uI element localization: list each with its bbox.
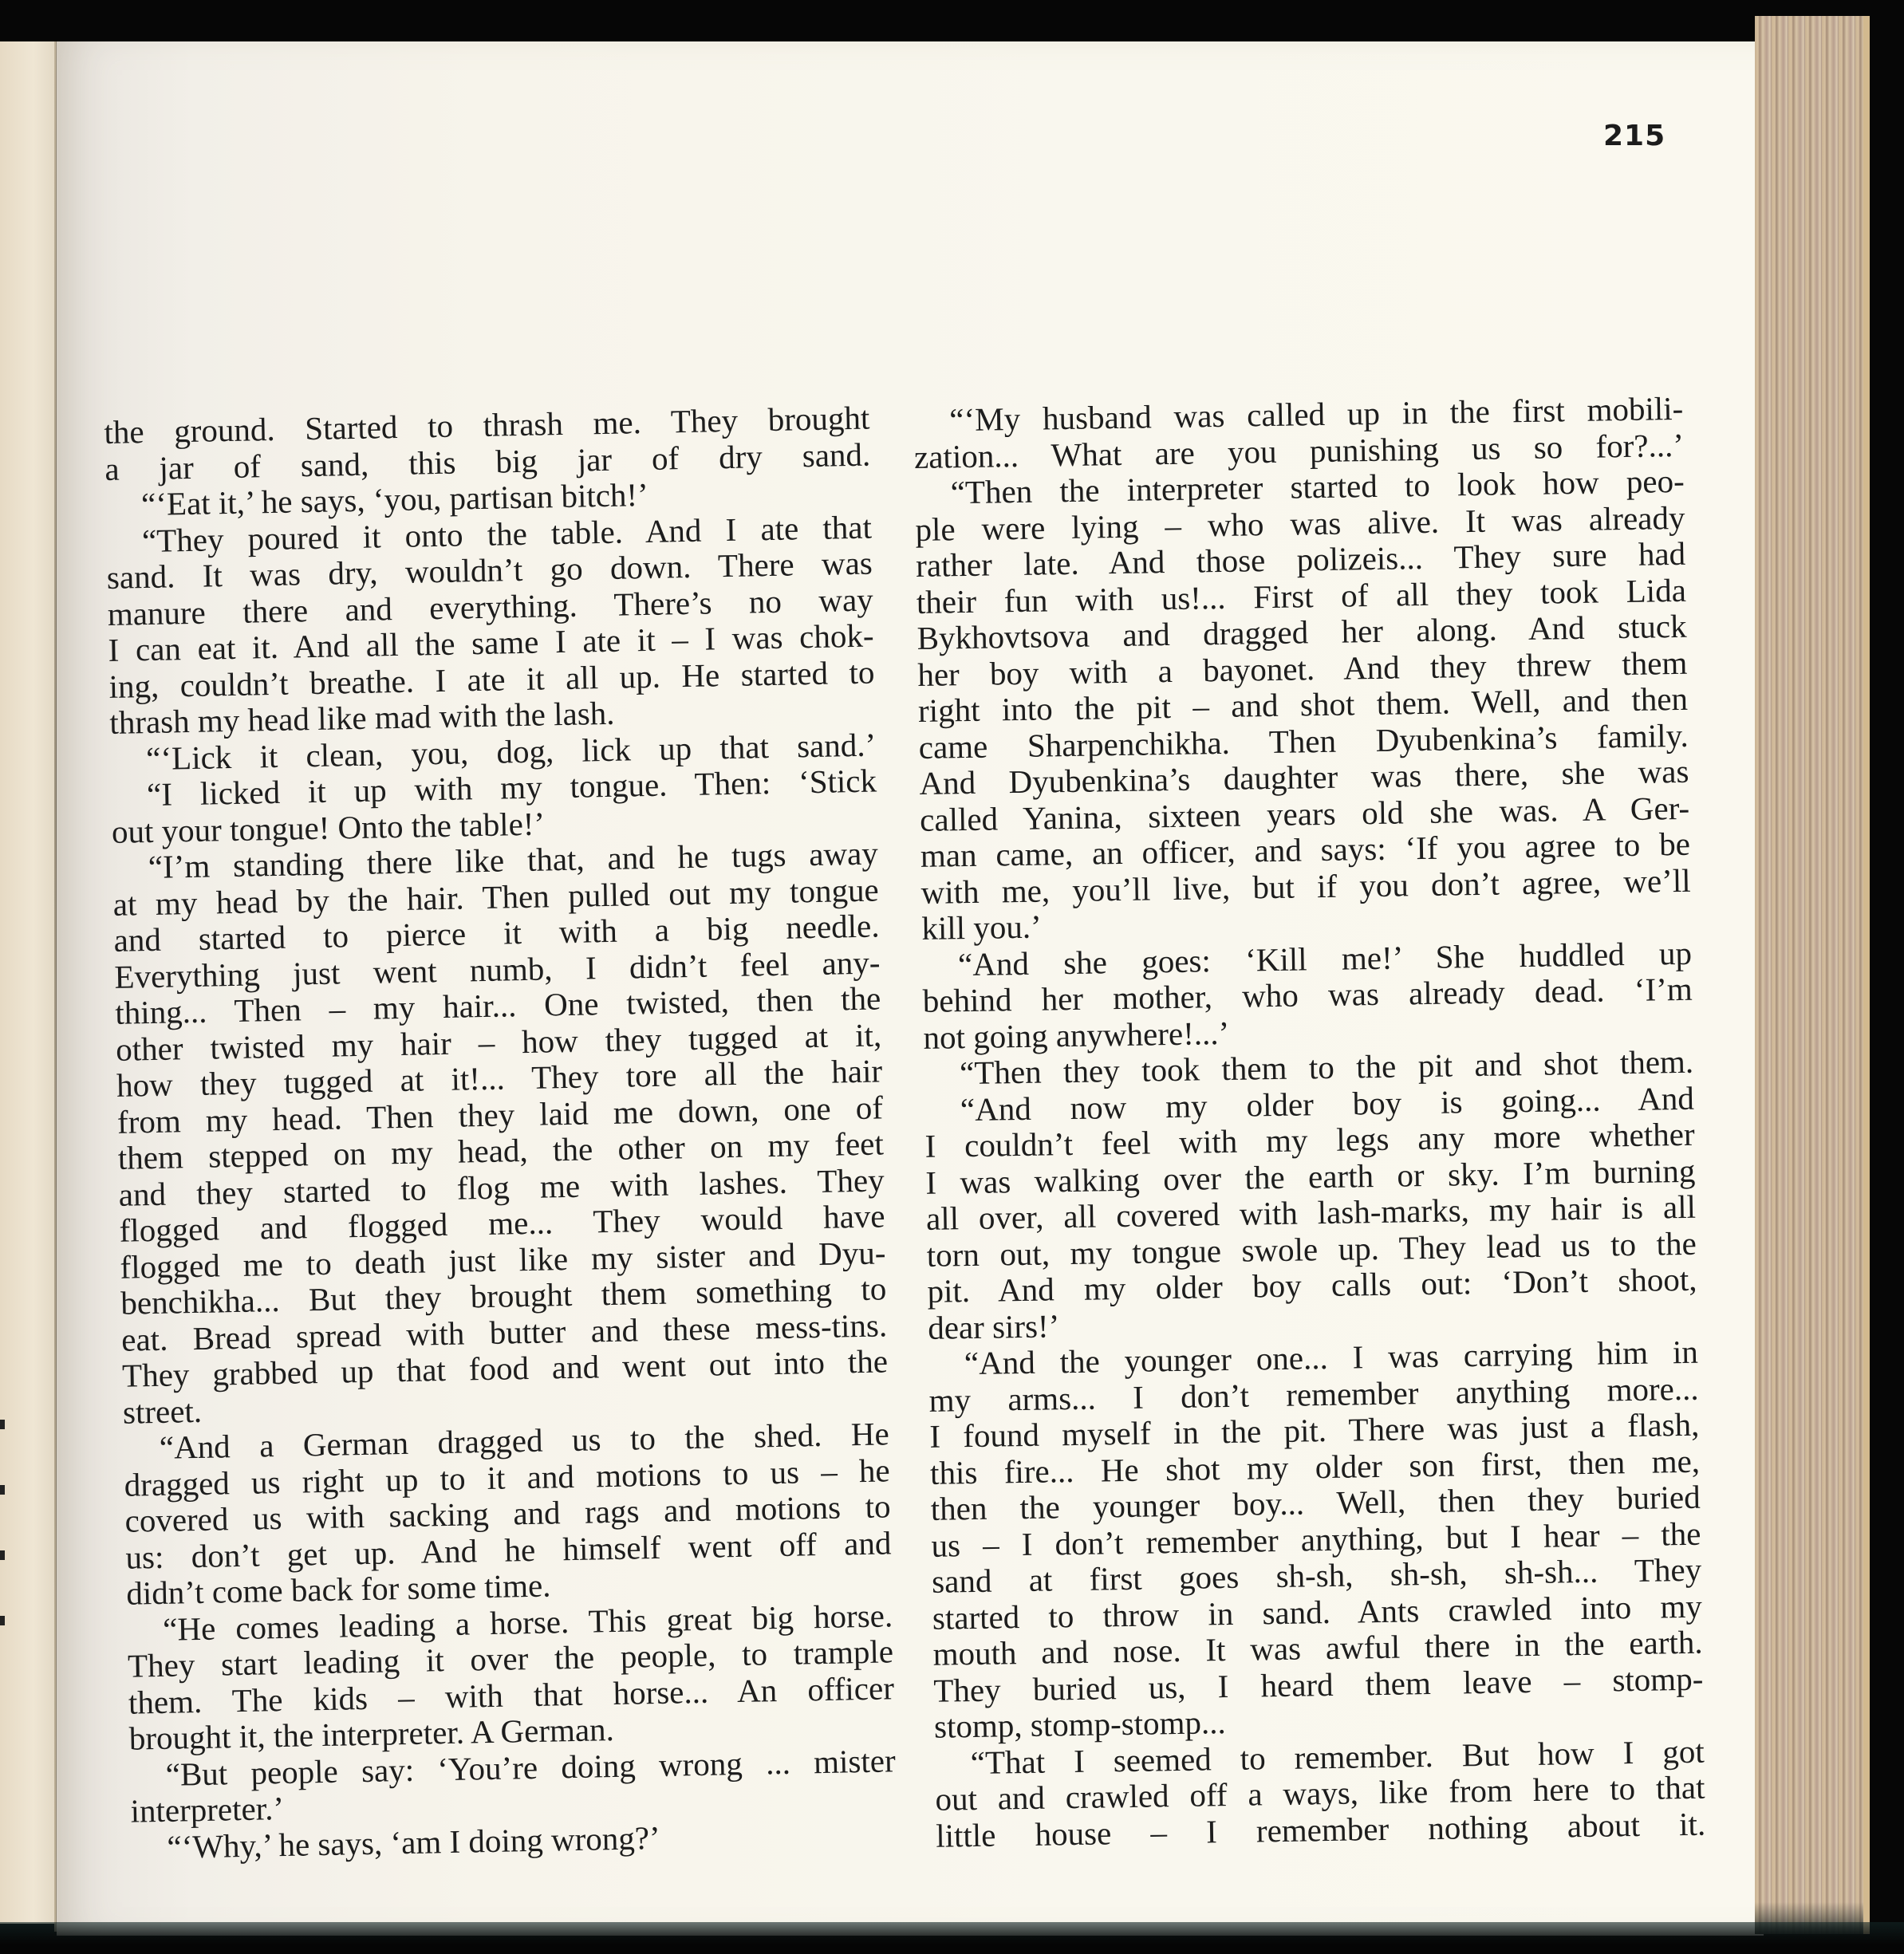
page-edge-stack — [1755, 16, 1870, 1934]
bottom-shadow — [0, 1922, 1904, 1954]
text-column-right: “‘My husband was called up in the first … — [913, 391, 1705, 1854]
book-gutter — [54, 41, 57, 1932]
page-number: 215 — [1603, 120, 1666, 152]
previous-page-edge — [0, 41, 56, 1924]
book-scan: 215 the ground. Started to thrash me. Th… — [0, 0, 1904, 1954]
previous-page-text-fragments — [0, 1420, 6, 1755]
text-column-left: the ground. Started to thrash me. They b… — [104, 400, 897, 1866]
